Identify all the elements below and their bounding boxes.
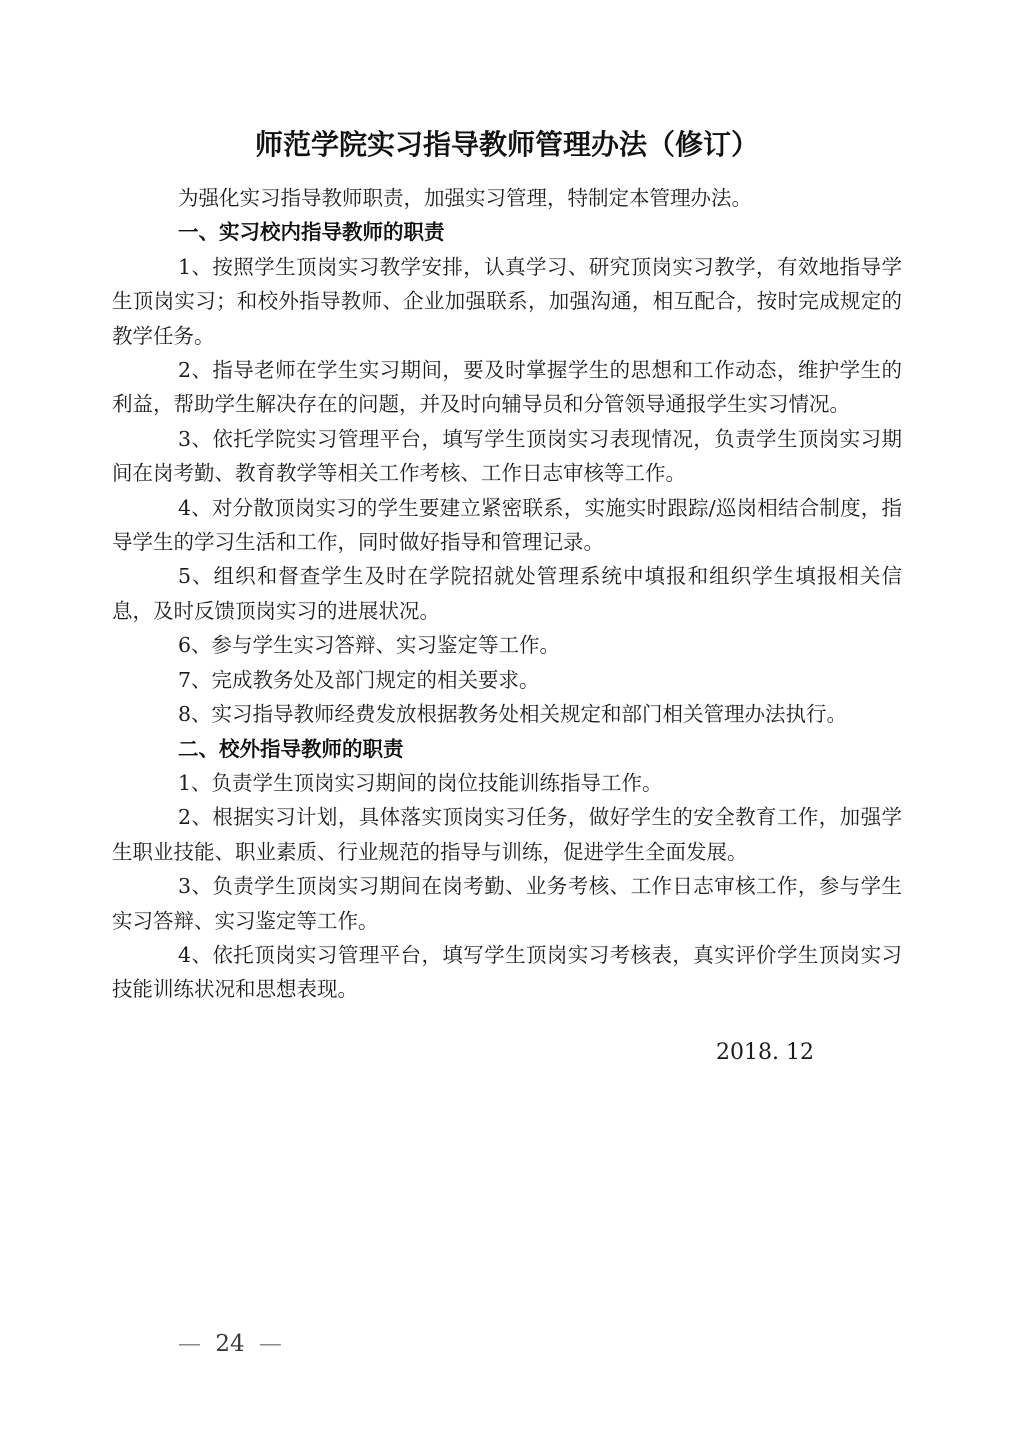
body-paragraph: 为强化实习指导教师职责，加强实习管理，特制定本管理办法。 — [112, 181, 902, 215]
document-title: 师范学院实习指导教师管理办法（修订） — [112, 125, 902, 165]
document-page: 师范学院实习指导教师管理办法（修订） 为强化实习指导教师职责，加强实习管理，特制… — [0, 0, 1024, 1448]
page-number-dash-left: — — [178, 1331, 201, 1357]
document-body: 为强化实习指导教师职责，加强实习管理，特制定本管理办法。一、实习校内指导教师的职… — [112, 181, 902, 1007]
body-paragraph: 6、参与学生实习答辩、实习鉴定等工作。 — [112, 628, 902, 662]
body-paragraph: 8、实习指导教师经费发放根据教务处相关规定和部门相关管理办法执行。 — [112, 697, 902, 731]
body-paragraph: 3、负责学生顶岗实习期间在岗考勤、业务考核、工作日志审核工作，参与学生实习答辩、… — [112, 869, 902, 938]
body-paragraph: 5、组织和督查学生及时在学院招就处管理系统中填报和组织学生填报相关信息，及时反馈… — [112, 559, 902, 628]
body-paragraph: 4、依托顶岗实习管理平台，填写学生顶岗实习考核表，真实评价学生顶岗实习技能训练状… — [112, 938, 902, 1007]
section-heading: 一、实习校内指导教师的职责 — [112, 215, 902, 249]
body-paragraph: 2、指导老师在学生实习期间，要及时掌握学生的思想和工作动态，维护学生的利益，帮助… — [112, 353, 902, 422]
body-paragraph: 3、依托学院实习管理平台，填写学生顶岗实习表现情况，负责学生顶岗实习期间在岗考勤… — [112, 422, 902, 491]
body-paragraph: 1、按照学生顶岗实习教学安排，认真学习、研究顶岗实习教学，有效地指导学生顶岗实习… — [112, 250, 902, 353]
body-paragraph: 4、对分散顶岗实习的学生要建立紧密联系，实施实时跟踪/巡岗相结合制度，指导学生的… — [112, 491, 902, 560]
section-heading: 二、校外指导教师的职责 — [112, 732, 902, 766]
page-number-dash-right: — — [259, 1331, 282, 1357]
document-content: 师范学院实习指导教师管理办法（修订） 为强化实习指导教师职责，加强实习管理，特制… — [112, 125, 902, 1068]
body-paragraph: 7、完成教务处及部门规定的相关要求。 — [112, 663, 902, 697]
page-number-value: 24 — [215, 1331, 244, 1357]
page-number: — 24 — — [178, 1329, 282, 1359]
body-paragraph: 1、负责学生顶岗实习期间的岗位技能训练指导工作。 — [112, 766, 902, 800]
body-paragraph: 2、根据实习计划，具体落实顶岗实习任务，做好学生的安全教育工作，加强学生职业技能… — [112, 800, 902, 869]
document-date: 2018. 12 — [112, 1038, 902, 1068]
